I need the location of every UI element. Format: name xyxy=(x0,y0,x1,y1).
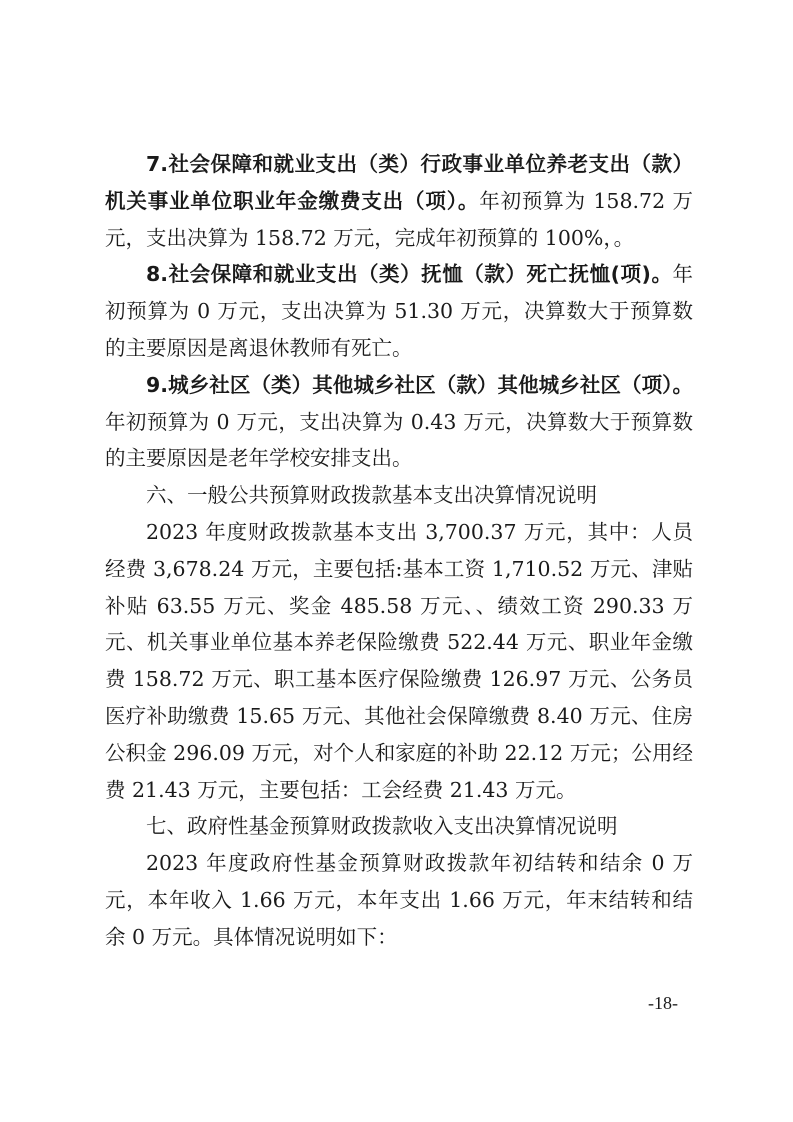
paragraph-item-9: 9.城乡社区（类）其他城乡社区（款）其他城乡社区（项）。年初预算为 0 万元，支… xyxy=(105,367,693,477)
section-7-body: 2023 年度政府性基金预算财政拨款年初结转和结余 0 万元，本年收入 1.66… xyxy=(105,845,693,955)
item-9-title: 9.城乡社区（类）其他城乡社区（款）其他城乡社区（项）。 xyxy=(146,373,693,397)
item-8-title: 8.社会保障和就业支出（类）抚恤（款）死亡抚恤(项)。 xyxy=(146,262,673,286)
paragraph-item-7: 7.社会保障和就业支出（类）行政事业单位养老支出（款）机关事业单位职业年金缴费支… xyxy=(105,146,693,256)
section-7-heading: 七、政府性基金预算财政拨款收入支出决算情况说明 xyxy=(105,808,693,845)
document-page: 7.社会保障和就业支出（类）行政事业单位养老支出（款）机关事业单位职业年金缴费支… xyxy=(105,146,693,956)
page-number: -18- xyxy=(648,993,678,1014)
item-9-body: 年初预算为 0 万元，支出决算为 0.43 万元，决算数大于预算数的主要原因是老… xyxy=(105,410,693,471)
section-6-heading: 六、一般公共预算财政拨款基本支出决算情况说明 xyxy=(105,477,693,514)
paragraph-item-8: 8.社会保障和就业支出（类）抚恤（款）死亡抚恤(项)。年初预算为 0 万元，支出… xyxy=(105,256,693,366)
section-6-body: 2023 年度财政拨款基本支出 3,700.37 万元，其中：人员经费 3,67… xyxy=(105,514,693,808)
